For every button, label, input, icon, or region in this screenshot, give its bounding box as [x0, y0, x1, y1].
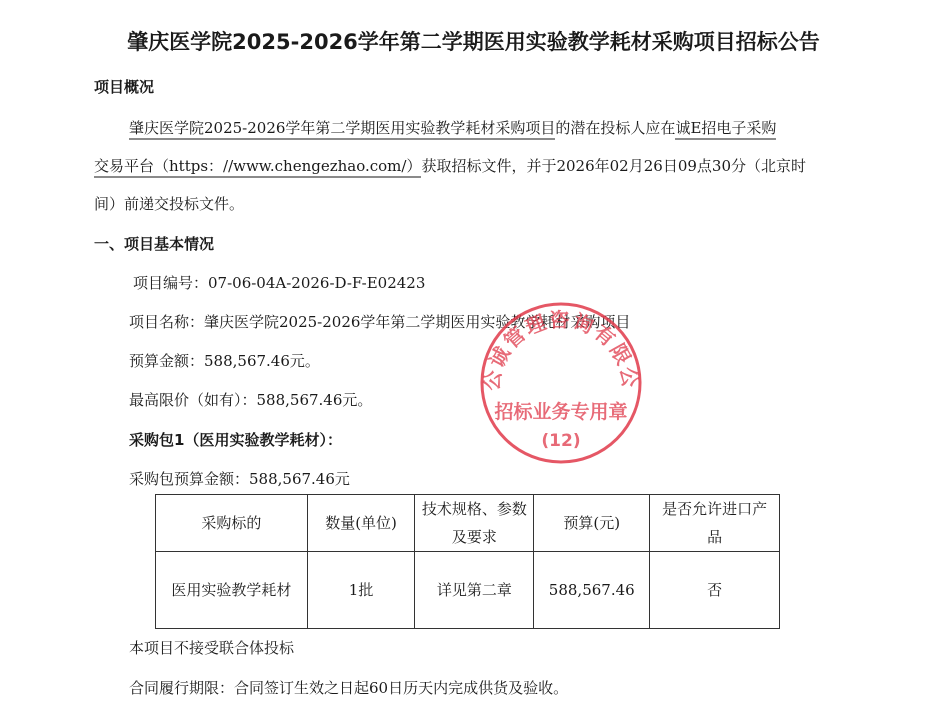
procurement-table: 采购标的 数量(单位) 技术规格、参数及要求 预算(元) 是否允许进口产品 医用… — [155, 494, 780, 629]
overview-paragraph-line-2: 交易平台（https：//www.chengezhao.com/）获取招标文件，… — [94, 155, 806, 176]
platform-name-link[interactable]: 诚E招电子采购 — [675, 119, 776, 140]
overview-paragraph-line-1: 肇庆医学院2025-2026学年第二学期医用实验教学耗材采购项目的潜在投标人应在… — [129, 117, 776, 138]
table-cell-import: 否 — [650, 552, 780, 629]
stamp-bottom-text: (12) — [541, 431, 580, 451]
section-1-heading: 一、项目基本情况 — [94, 233, 214, 254]
overview-text: 的潜在投标人应在 — [555, 119, 675, 137]
table-header-cell: 数量(单位) — [307, 495, 415, 552]
table-header-cell: 是否允许进口产品 — [650, 495, 780, 552]
budget-amount: 预算金额：588,567.46元。 — [129, 350, 320, 371]
overview-paragraph-line-3: 间）前递交投标文件。 — [94, 193, 244, 214]
table-header-cell: 技术规格、参数及要求 — [415, 495, 534, 552]
document-title: 肇庆医学院2025-2026学年第二学期医用实验教学耗材采购项目招标公告 — [0, 26, 947, 56]
table-cell-quantity: 1批 — [307, 552, 415, 629]
package-heading: 采购包1（医用实验教学耗材）： — [129, 429, 342, 450]
package-budget: 采购包预算金额：588,567.46元 — [129, 468, 350, 489]
table-header-row: 采购标的 数量(单位) 技术规格、参数及要求 预算(元) 是否允许进口产品 — [156, 495, 780, 552]
stamp-middle-text: 招标业务专用章 — [494, 400, 627, 423]
table-cell-item: 医用实验教学耗材 — [156, 552, 308, 629]
platform-url-link[interactable]: 交易平台（https：//www.chengezhao.com/） — [94, 157, 421, 178]
project-name-link[interactable]: 肇庆医学院2025-2026学年第二学期医用实验教学耗材采购项目 — [129, 119, 555, 140]
project-name: 项目名称：肇庆医学院2025-2026学年第二学期医用实验教学耗材采购项目 — [129, 311, 630, 332]
table-cell-budget: 588,567.46 — [534, 552, 650, 629]
table-header-cell: 采购标的 — [156, 495, 308, 552]
overview-text: 获取招标文件，并于2026年02月26日09点30分（北京时 — [421, 157, 806, 175]
contract-period: 合同履行期限：合同签订生效之日起60日历天内完成供货及验收。 — [129, 677, 568, 698]
no-consortium-note: 本项目不接受联合体投标 — [129, 637, 294, 658]
overview-heading: 项目概况 — [94, 76, 154, 97]
table-cell-spec: 详见第二章 — [415, 552, 534, 629]
table-header-cell: 预算(元) — [534, 495, 650, 552]
project-number: 项目编号：07-06-04A-2026-D-F-E02423 — [133, 272, 425, 293]
max-price: 最高限价（如有）：588,567.46元。 — [129, 389, 372, 410]
table-row: 医用实验教学耗材 1批 详见第二章 588,567.46 否 — [156, 552, 780, 629]
